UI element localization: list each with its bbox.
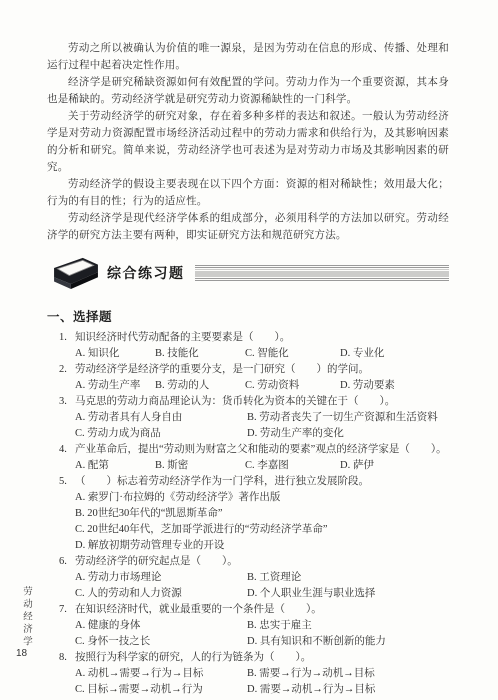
- option: C. 智能化: [245, 346, 340, 362]
- option: B. 劳动者丧失了一切生产资源和生活资料: [247, 410, 449, 426]
- options-row: A. 知识化 B. 技能化 C. 智能化 D. 专业化: [75, 346, 449, 362]
- options-row: A. 动机→需要→行为→目标 B. 需要→行为→动机→目标 C. 目标→需要→动…: [75, 666, 449, 698]
- option: D. 个人职业生涯与职业选择: [247, 586, 449, 602]
- question-6: 6. 劳动经济学的研究起点是（ ）。 A. 劳动力市场理论 B. 工资理论 C.…: [47, 554, 449, 602]
- ruled-lines-decoration: [195, 265, 450, 282]
- intro-paragraph: 关于劳动经济学的研究对象，存在着多种多样的表达和叙述。一般认为劳动经济学是对劳动…: [47, 108, 449, 176]
- question-stem: 知识经济时代劳动配备的主要要素是（ ）。: [75, 330, 449, 346]
- option: B. 忠实于雇主: [247, 618, 449, 634]
- question-stem: （ ）标志着劳动经济学作为一门学科，进行独立发展阶段。: [75, 474, 449, 490]
- option: D. 劳动生产率的变化: [247, 426, 449, 442]
- options-row: A. 劳动者具有人身自由 B. 劳动者丧失了一切生产资源和生活资料 C. 劳动力…: [75, 410, 449, 442]
- question-number: 6.: [59, 554, 75, 570]
- exercise-header: 综合练习题: [47, 252, 449, 294]
- option: C. 劳动力成为商品: [75, 426, 247, 442]
- question-1: 1. 知识经济时代劳动配备的主要要素是（ ）。 A. 知识化 B. 技能化 C.…: [47, 330, 449, 362]
- option: B. 需要→行为→动机→目标: [247, 666, 449, 682]
- question-8: 8. 按照行为科学家的研究，人的行为链条为（ ）。 A. 动机→需要→行为→目标…: [47, 650, 449, 698]
- options-row: A. 健康的身体 B. 忠实于雇主 C. 身怀一技之长 D. 具有知识和不断创新…: [75, 618, 449, 650]
- option: A. 动机→需要→行为→目标: [75, 666, 247, 682]
- question-number: 1.: [59, 330, 75, 346]
- option: C. 目标→需要→动机→行为: [75, 682, 247, 698]
- question-number: 3.: [59, 394, 75, 410]
- question-number: 7.: [59, 602, 75, 618]
- question-stem: 劳动经济学是经济学的重要分支，是一门研究（ ）的学问。: [75, 362, 449, 378]
- options-row: A. 索罗门·布拉姆的《劳动经济学》著作出版 B. 20世纪30年代的“凯恩斯革…: [75, 490, 449, 554]
- options-row: A. 配第 B. 斯密 C. 李嘉图 D. 萨伊: [75, 458, 449, 474]
- page-number: 18: [16, 648, 27, 659]
- option: B. 20世纪30年代的“凯恩斯革命”: [75, 506, 449, 522]
- question-3: 3. 马克思的劳动力商品理论认为：货币转化为资本的关键在于（ ）。 A. 劳动者…: [47, 394, 449, 442]
- options-row: A. 劳动生产率 B. 劳动的人 C. 劳动资料 D. 劳动要素: [75, 378, 449, 394]
- option: A. 劳动生产率: [75, 378, 155, 394]
- option: D. 解放初期劳动管理专业的开设: [75, 538, 449, 554]
- option: D. 需要→动机→行为→目标: [247, 682, 449, 698]
- option: B. 技能化: [155, 346, 245, 362]
- option: A. 知识化: [75, 346, 155, 362]
- question-stem: 在知识经济时代，就业最重要的一个条件是（ ）。: [75, 602, 449, 618]
- option: D. 专业化: [340, 346, 449, 362]
- question-4: 4. 产业革命后，提出“劳动则为财富之父和能动的要素”观点的经济学家是（ ）。 …: [47, 442, 449, 474]
- option: D. 具有知识和不断创新的能力: [247, 634, 449, 650]
- textbook-page: 劳动之所以被确认为价值的唯一源泉，是因为劳动在信息的形成、传播、处理和运行过程中…: [0, 0, 498, 700]
- question-stem: 产业革命后，提出“劳动则为财富之父和能动的要素”观点的经济学家是（ ）。: [75, 442, 449, 458]
- option: A. 索罗门·布拉姆的《劳动经济学》著作出版: [75, 490, 449, 506]
- option: C. 李嘉图: [245, 458, 340, 474]
- book-icon: [49, 253, 103, 293]
- option: C. 人的劳动和人力资源: [75, 586, 247, 602]
- option: D. 萨伊: [340, 458, 449, 474]
- option: A. 配第: [75, 458, 155, 474]
- question-number: 8.: [59, 650, 75, 666]
- option: A. 劳动力市场理论: [75, 570, 247, 586]
- section-title: 一、选择题: [47, 307, 449, 325]
- option: A. 健康的身体: [75, 618, 247, 634]
- question-number: 2.: [59, 362, 75, 378]
- option: B. 斯密: [155, 458, 245, 474]
- question-5: 5. （ ）标志着劳动经济学作为一门学科，进行独立发展阶段。 A. 索罗门·布拉…: [47, 474, 449, 554]
- option: C. 身怀一技之长: [75, 634, 247, 650]
- page-content: 劳动之所以被确认为价值的唯一源泉，是因为劳动在信息的形成、传播、处理和运行过程中…: [47, 40, 449, 698]
- option: C. 劳动资料: [245, 378, 340, 394]
- exercise-title: 综合练习题: [107, 263, 185, 283]
- question-2: 2. 劳动经济学是经济学的重要分支，是一门研究（ ）的学问。 A. 劳动生产率 …: [47, 362, 449, 394]
- intro-paragraph: 劳动经济学是现代经济学体系的组成部分，必须用科学的方法加以研究。劳动经济学的研究…: [47, 210, 449, 244]
- options-row: A. 劳动力市场理论 B. 工资理论 C. 人的劳动和人力资源 D. 个人职业生…: [75, 570, 449, 602]
- intro-paragraph: 劳动经济学的假设主要表现在以下四个方面：资源的相对稀缺性；效用最大化；行为的有目…: [47, 176, 449, 210]
- question-stem: 劳动经济学的研究起点是（ ）。: [75, 554, 449, 570]
- question-7: 7. 在知识经济时代，就业最重要的一个条件是（ ）。 A. 健康的身体 B. 忠…: [47, 602, 449, 650]
- intro-paragraph: 劳动之所以被确认为价值的唯一源泉，是因为劳动在信息的形成、传播、处理和运行过程中…: [47, 40, 449, 74]
- side-book-title: 劳动经济学: [19, 586, 33, 649]
- question-number: 4.: [59, 442, 75, 458]
- option: A. 劳动者具有人身自由: [75, 410, 247, 426]
- question-stem: 按照行为科学家的研究，人的行为链条为（ ）。: [75, 650, 449, 666]
- option: D. 劳动要素: [340, 378, 449, 394]
- option: B. 劳动的人: [155, 378, 245, 394]
- question-stem: 马克思的劳动力商品理论认为：货币转化为资本的关键在于（ ）。: [75, 394, 449, 410]
- option: C. 20世纪40年代，芝加哥学派进行的“劳动经济学革命”: [75, 522, 449, 538]
- intro-paragraph: 经济学是研究稀缺资源如何有效配置的学问。劳动力作为一个重要资源，其本身也是稀缺的…: [47, 74, 449, 108]
- question-number: 5.: [59, 474, 75, 490]
- option: B. 工资理论: [247, 570, 449, 586]
